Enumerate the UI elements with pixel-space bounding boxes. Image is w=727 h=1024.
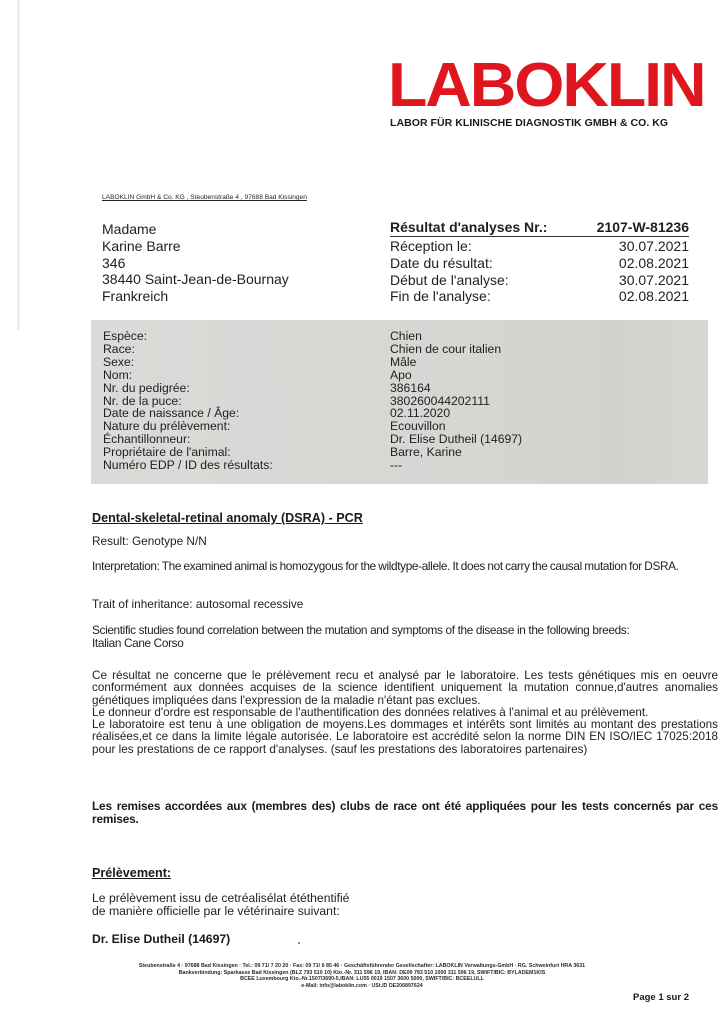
field-label: Nr. du pedigrée:: [103, 382, 273, 395]
footer-line: e-Mail: info@laboklin.com · USt.ID DE206…: [92, 983, 632, 990]
trait-of-inheritance: Trait of inheritance: autosomal recessiv…: [92, 598, 720, 611]
field-label: Espèce:: [103, 330, 273, 343]
disclaimer-part: Le laboratoire est tenu à une obligation…: [92, 719, 718, 756]
sampling-text: Le prélèvement issu de cetréalisélat été…: [92, 892, 349, 918]
reception-label: Réception le:: [390, 238, 472, 255]
analysis-end-row: Fin de l'analyse: 02.08.2021: [390, 288, 689, 305]
species-value: Chien: [390, 330, 522, 343]
analysis-start-value: 30.07.2021: [619, 272, 689, 289]
animal-field-labels: Espèce: Race: Sexe: Nom: Nr. du pedigrée…: [103, 330, 273, 472]
sampling-line: de manière officielle par le vétérinaire…: [92, 905, 349, 918]
result-date-row: Date du résultat: 02.08.2021: [390, 255, 689, 272]
test-result: Result: Genotype N/N: [92, 535, 720, 548]
sender-address-line: LABOKLIN GmbH & Co. KG , Steubenstraße 4…: [102, 194, 307, 201]
recipient-country: Frankreich: [102, 288, 289, 305]
pedigree-value: 386164: [390, 382, 522, 395]
footer-company-info: Steubenstraße 4 · 97688 Bad Kissingen · …: [92, 963, 632, 989]
footer-line: Steubenstraße 4 · 97688 Bad Kissingen · …: [92, 963, 632, 970]
sex-value: Mâle: [390, 356, 522, 369]
breed-value: Chien de cour italien: [390, 343, 522, 356]
page-number: Page 1 sur 2: [633, 992, 689, 1003]
reception-row: Réception le: 30.07.2021: [390, 238, 689, 255]
veterinarian-name: Dr. Elise Dutheil (14697): [92, 932, 230, 946]
field-label: Race:: [103, 343, 273, 356]
analysis-start-label: Début de l'analyse:: [390, 272, 509, 289]
animal-field-values: Chien Chien de cour italien Mâle Apo 386…: [390, 330, 522, 472]
analysis-start-row: Début de l'analyse: 30.07.2021: [390, 272, 689, 289]
name-value: Apo: [390, 369, 522, 382]
disclaimer-part: Ce résultat ne concerne que le prélèveme…: [92, 670, 718, 707]
result-number-label: Résultat d'analyses Nr.:: [390, 220, 547, 235]
laboklin-logo: LABOKLIN: [388, 56, 706, 116]
field-label: Numéro EDP / ID des résultats:: [103, 459, 273, 472]
result-date-value: 02.08.2021: [619, 255, 689, 272]
recipient-address: Madame Karine Barre 346 38440 Saint-Jean…: [102, 221, 289, 305]
owner-value: Barre, Karine: [390, 446, 522, 459]
scan-edge-shadow: [17, 0, 20, 330]
disclaimer: Ce résultat ne concerne que le prélèveme…: [92, 670, 718, 756]
logo-subtitle: LABOR FÜR KLINISCHE DIAGNOSTIK GMBH & CO…: [390, 117, 668, 129]
test-interpretation: Interpretation: The examined animal is h…: [92, 560, 720, 573]
scientific-studies: Scientific studies found correlation bet…: [92, 624, 720, 650]
result-number-value: 2107-W-81236: [597, 220, 689, 235]
recipient-salutation: Madame: [102, 221, 289, 238]
analysis-end-label: Fin de l'analyse:: [390, 288, 491, 305]
result-date-label: Date du résultat:: [390, 255, 493, 272]
reception-value: 30.07.2021: [619, 238, 689, 255]
recipient-street: 346: [102, 255, 289, 272]
test-title: Dental-skeletal-retinal anomaly (DSRA) -…: [92, 511, 363, 525]
recipient-name: Karine Barre: [102, 238, 289, 255]
analysis-end-value: 02.08.2021: [619, 288, 689, 305]
studies-breeds: Italian Cane Corso: [92, 637, 720, 650]
field-label: Nom:: [103, 369, 273, 382]
result-info: Résultat d'analyses Nr.: 2107-W-81236 Ré…: [390, 220, 689, 305]
field-label: Sexe:: [103, 356, 273, 369]
recipient-city: 38440 Saint-Jean-de-Bournay: [102, 271, 289, 288]
edp-id-value: ---: [390, 459, 522, 472]
result-number-row: Résultat d'analyses Nr.: 2107-W-81236: [390, 220, 689, 237]
discount-notice: Les remises accordées aux (membres des) …: [92, 800, 718, 826]
sampling-title: Prélèvement:: [92, 866, 171, 880]
scan-speck: [298, 942, 300, 944]
studies-text: Scientific studies found correlation bet…: [92, 624, 720, 637]
